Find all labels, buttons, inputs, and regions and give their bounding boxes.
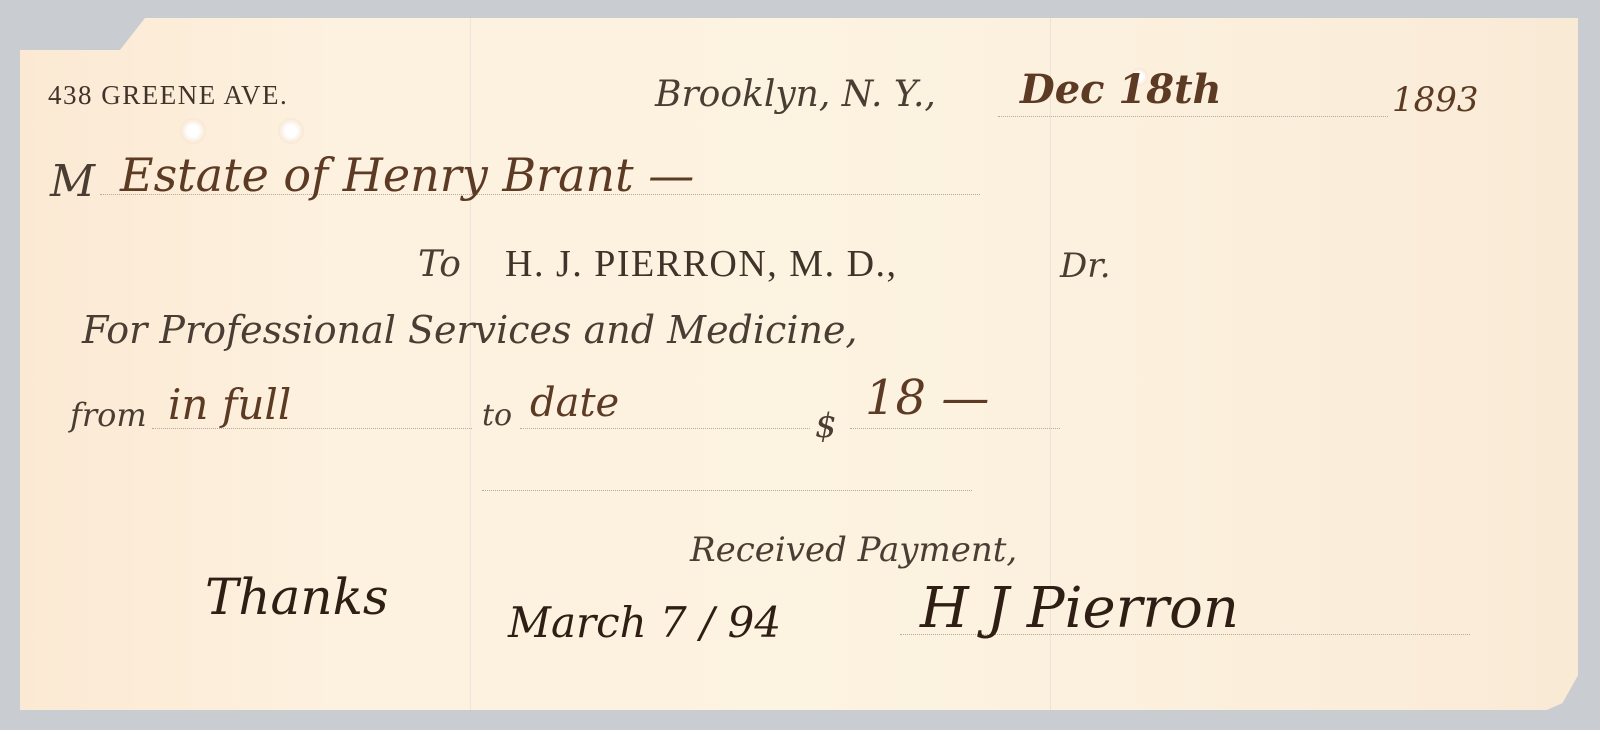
physician-name: H. J. PIERRON, M. D., (505, 242, 898, 286)
amount-dotted-line (850, 428, 1060, 429)
to-prefix: To (418, 244, 461, 285)
pin-hole (278, 118, 304, 144)
date-dotted-line (998, 116, 1388, 117)
blank-dotted-line (482, 490, 972, 491)
recipient-prefix: M (50, 156, 95, 207)
address: 438 GREENE AVE. (48, 80, 288, 111)
thanks-handwritten: Thanks (205, 568, 389, 626)
from-label: from (70, 396, 147, 434)
receipt-paper: 438 GREENE AVE. Brooklyn, N. Y., Dec 18t… (20, 18, 1578, 710)
recipient-handwritten: Estate of Henry Brant — (120, 148, 694, 202)
from-handwritten: in full (168, 380, 291, 429)
currency-symbol: $ (815, 406, 837, 446)
pin-hole (180, 118, 206, 144)
to-handwritten: date (530, 380, 619, 426)
to-dotted-line (520, 428, 810, 429)
year-handwritten: 1893 (1392, 80, 1479, 120)
signature-handwritten: H J Pierron (920, 576, 1239, 641)
debit-suffix: Dr. (1060, 246, 1111, 286)
paper-fold (470, 18, 472, 710)
received-payment-label: Received Payment, (690, 530, 1017, 570)
place-label: Brooklyn, N. Y., (655, 74, 936, 115)
services-line: For Professional Services and Medicine, (82, 308, 858, 352)
payment-date-handwritten: March 7 / 94 (508, 598, 781, 647)
amount-handwritten: 18 — (865, 370, 989, 426)
date-handwritten: Dec 18th (1020, 66, 1222, 113)
to-label: to (482, 398, 512, 433)
